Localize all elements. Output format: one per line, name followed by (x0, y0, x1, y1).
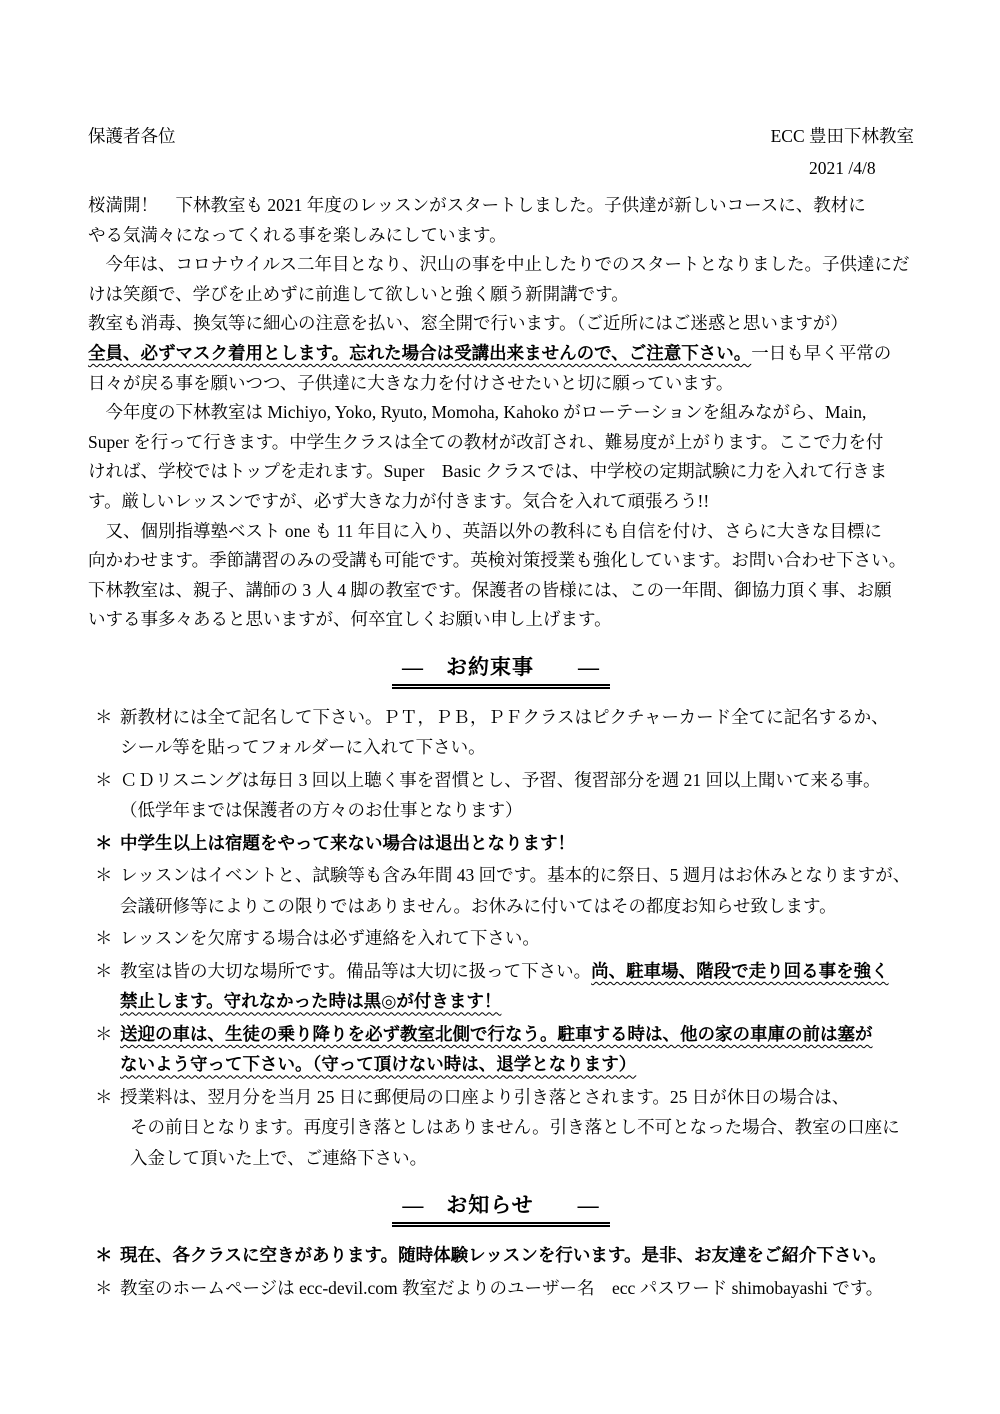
bullet-marker (88, 986, 120, 1017)
sender-name: ECC 豊田下林教室 (771, 122, 914, 151)
text-segment: 下林教室は、親子、講師の 3 人 4 脚の教室です。保護者の皆様には、この一年間… (88, 580, 892, 600)
item-text: レッスンを欠席する場合は必ず連絡を入れて下さい。 (120, 923, 914, 954)
text-line: 日々が戻る事を願いつつ、子供達に大きな力を付けさせたいと切に願っています。 (88, 369, 914, 399)
text-segment: けは笑顔で、学びを止めずに前進して欲しいと強く願う新開講です。 (88, 284, 629, 304)
text-segment: 現在、各クラスに空きがあります。随時体験レッスンを行います。是非、お友達をご紹介… (120, 1245, 887, 1265)
document-sections: ― お約束事 ―＊新教材には全て記名して下さい。ＰＴ，ＰＢ，ＰＦクラスはピクチャ… (88, 651, 914, 1304)
list-item-line: ＊ＣＤリスニングは毎日 3 回以上聴く事を習慣とし、予習、復習部分を週 21 回… (88, 765, 914, 796)
list-item: ＊レッスンはイベントと、試験等も含み年間 43 回です。基本的に祭日、5 週月は… (88, 860, 914, 921)
item-text: 禁止します。守れなかった時は黒◎が付きます！ (120, 986, 914, 1017)
item-text: レッスンはイベントと、試験等も含み年間 43 回です。基本的に祭日、5 週月はお… (120, 860, 914, 891)
item-text: 現在、各クラスに空きがあります。随時体験レッスンを行います。是非、お友達をご紹介… (120, 1240, 914, 1271)
text-segment: 今年は、コロナウイルス二年目となり、沢山の事を中止したりでのスタートとなりました… (88, 254, 909, 274)
text-segment: 今年度の下林教室は Michiyo, Yoko, Ryuto, Momoha, … (88, 402, 866, 422)
list-item-line: ＊現在、各クラスに空きがあります。随時体験レッスンを行います。是非、お友達をご紹… (88, 1240, 914, 1271)
list-item: ＊現在、各クラスに空きがあります。随時体験レッスンを行います。是非、お友達をご紹… (88, 1240, 914, 1271)
bullet-marker: ＊ (88, 1273, 120, 1304)
section-heading: ― お知らせ ― (88, 1189, 914, 1227)
text-segment: 中学生以上は宿題をやって来ない場合は退出となります！ (120, 833, 575, 853)
text-segment: 日々が戻る事を願いつつ、子供達に大きな力を付けさせたいと切に願っています。 (88, 373, 733, 393)
text-segment: 教室は皆の大切な場所です。備品等は大切に扱って下さい。 (120, 961, 591, 981)
bullet-marker (88, 1143, 130, 1174)
bullet-marker: ＊ (88, 702, 120, 733)
list-item-line: 会議研修等によりこの限りではありません。お休みに付いてはその都度お知らせ致します… (88, 891, 914, 922)
text-line: 又、個別指導塾ベスト one も 11 年目に入り、英語以外の教科にも自信を付け… (88, 517, 914, 547)
paragraph: 桜満開！ 下林教室も 2021 年度のレッスンがスタートしました。子供達が新しい… (88, 191, 914, 250)
text-segment: 送迎の車は、生徒の乗り降りを必ず教室北側で行なう。駐車する時は、他の家の車庫の前… (120, 1024, 873, 1044)
text-segment: Super を行って行きます。中学生クラスは全ての教材が改訂され、難易度が上がり… (88, 432, 883, 452)
bullet-marker: ＊ (88, 860, 120, 891)
text-line: ければ、学校ではトップを走れます。Super Basic クラスでは、中学校の定… (88, 457, 914, 487)
text-segment: シール等を貼ってフォルダーに入れて下さい。 (120, 737, 486, 757)
text-line: 下林教室は、親子、講師の 3 人 4 脚の教室です。保護者の皆様には、この一年間… (88, 576, 914, 606)
item-text: 会議研修等によりこの限りではありません。お休みに付いてはその都度お知らせ致します… (120, 891, 914, 922)
recipient-text: 保護者各位 (88, 122, 176, 151)
section-heading-text: ― お約束事 ― (392, 651, 610, 689)
text-line: 今年度の下林教室は Michiyo, Yoko, Ryuto, Momoha, … (88, 398, 914, 428)
text-line: す。厳しいレッスンですが、必ず大きな力が付きます。気合を入れて頑張ろう!! (88, 487, 914, 517)
text-segment: ければ、学校ではトップを走れます。Super Basic クラスでは、中学校の定… (88, 461, 887, 481)
text-segment: 入金して頂いた上で、ご連絡下さい。 (130, 1148, 427, 1168)
item-text: 中学生以上は宿題をやって来ない場合は退出となります！ (120, 828, 914, 859)
text-segment: レッスンを欠席する場合は必ず連絡を入れて下さい。 (120, 928, 540, 948)
text-segment: ＣＤリスニングは毎日 3 回以上聴く事を習慣とし、予習、復習部分を週 21 回以… (120, 770, 881, 790)
text-segment: 全員、必ずマスク着用とします。忘れた場合は受講出来ませんので、ご注意下さい。 (88, 343, 751, 363)
list-item-line: ＊新教材には全て記名して下さい。ＰＴ，ＰＢ，ＰＦクラスはピクチャーカード全てに記… (88, 702, 914, 733)
list-item-line: 入金して頂いた上で、ご連絡下さい。 (88, 1143, 914, 1174)
item-text: 授業料は、翌月分を当月 25 日に郵便局の口座より引き落とされます。25 日が休… (120, 1082, 914, 1113)
bullet-marker: ＊ (88, 828, 120, 859)
text-line: Super を行って行きます。中学生クラスは全ての教材が改訂され、難易度が上がり… (88, 428, 914, 458)
list-item-line: ないよう守って下さい。（守って頂けない時は、退学となります） (88, 1049, 914, 1080)
item-text: ＣＤリスニングは毎日 3 回以上聴く事を習慣とし、予習、復習部分を週 21 回以… (120, 765, 914, 796)
bullet-marker (88, 795, 120, 826)
list-item-line: ＊レッスンはイベントと、試験等も含み年間 43 回です。基本的に祭日、5 週月は… (88, 860, 914, 891)
document-header: 保護者各位 ECC 豊田下林教室 2021 /4/8 (88, 122, 914, 183)
list-item-line: ＊教室は皆の大切な場所です。備品等は大切に扱って下さい。尚、駐車場、階段で走り回… (88, 956, 914, 987)
paragraph: 今年は、コロナウイルス二年目となり、沢山の事を中止したりでのスタートとなりました… (88, 250, 914, 398)
item-text: 新教材には全て記名して下さい。ＰＴ，ＰＢ，ＰＦクラスはピクチャーカード全てに記名… (120, 702, 914, 733)
text-segment: 教室も消毒、換気等に細心の注意を払い、窓全開で行います。（ご近所にはご迷惑と思い… (88, 313, 848, 333)
text-segment: 教室のホームページは ecc-devil.com 教室だよりのユーザー名 ecc… (120, 1278, 883, 1298)
paragraph: 又、個別指導塾ベスト one も 11 年目に入り、英語以外の教科にも自信を付け… (88, 517, 914, 635)
list-item-line: ＊教室のホームページは ecc-devil.com 教室だよりのユーザー名 ec… (88, 1273, 914, 1304)
text-line: 教室も消毒、換気等に細心の注意を払い、窓全開で行います。（ご近所にはご迷惑と思い… (88, 309, 914, 339)
section-heading-text: ― お知らせ ― (392, 1189, 609, 1227)
item-text: シール等を貼ってフォルダーに入れて下さい。 (120, 732, 914, 763)
text-segment: レッスンはイベントと、試験等も含み年間 43 回です。基本的に祭日、5 週月はお… (120, 865, 910, 885)
text-line: 向かわせます。季節講習のみの受講も可能です。英検対策授業も強化しています。お問い… (88, 546, 914, 576)
list-item: ＊送迎の車は、生徒の乗り降りを必ず教室北側で行なう。駐車する時は、他の家の車庫の… (88, 1019, 914, 1080)
list-item-line: ＊授業料は、翌月分を当月 25 日に郵便局の口座より引き落とされます。25 日が… (88, 1082, 914, 1113)
section-heading: ― お約束事 ― (88, 651, 914, 689)
list-item: ＊教室は皆の大切な場所です。備品等は大切に扱って下さい。尚、駐車場、階段で走り回… (88, 956, 914, 1017)
bullet-marker (88, 891, 120, 922)
bullet-marker: ＊ (88, 1019, 120, 1050)
list-item: ＊授業料は、翌月分を当月 25 日に郵便局の口座より引き落とされます。25 日が… (88, 1082, 914, 1174)
list-item: ＊教室のホームページは ecc-devil.com 教室だよりのユーザー名 ec… (88, 1273, 914, 1304)
text-segment: 授業料は、翌月分を当月 25 日に郵便局の口座より引き落とされます。25 日が休… (120, 1087, 849, 1107)
text-line: 全員、必ずマスク着用とします。忘れた場合は受講出来ませんので、ご注意下さい。一日… (88, 339, 914, 369)
list-item: ＊中学生以上は宿題をやって来ない場合は退出となります！ (88, 828, 914, 859)
bullet-marker: ＊ (88, 923, 120, 954)
text-segment: 会議研修等によりこの限りではありません。お休みに付いてはその都度お知らせ致します… (120, 896, 837, 916)
item-text: （低学年までは保護者の方々のお仕事となります） (120, 795, 914, 826)
text-segment: いする事多々あると思いますが、何卒宜しくお願い申し上げます。 (88, 609, 612, 629)
item-text: 送迎の車は、生徒の乗り降りを必ず教室北側で行なう。駐車する時は、他の家の車庫の前… (120, 1019, 914, 1050)
text-segment: （低学年までは保護者の方々のお仕事となります） (120, 800, 523, 820)
list-item-line: （低学年までは保護者の方々のお仕事となります） (88, 795, 914, 826)
item-text: その前日となります。再度引き落としはありません。引き落とし不可となった場合、教室… (130, 1112, 914, 1143)
text-segment: 新教材には全て記名して下さい。ＰＴ，ＰＢ，ＰＦクラスはピクチャーカード全てに記名… (120, 707, 889, 727)
item-text: ないよう守って下さい。（守って頂けない時は、退学となります） (120, 1049, 914, 1080)
bullet-marker (88, 1049, 120, 1080)
text-line: 今年は、コロナウイルス二年目となり、沢山の事を中止したりでのスタートとなりました… (88, 250, 914, 280)
bullet-marker: ＊ (88, 1082, 120, 1113)
list-item: ＊ＣＤリスニングは毎日 3 回以上聴く事を習慣とし、予習、復習部分を週 21 回… (88, 765, 914, 826)
list-item: ＊レッスンを欠席する場合は必ず連絡を入れて下さい。 (88, 923, 914, 954)
bullet-marker: ＊ (88, 956, 120, 987)
bullet-marker: ＊ (88, 765, 120, 796)
text-segment: やる気満々になってくれる事を楽しみにしています。 (88, 225, 507, 245)
text-segment: 禁止します。守れなかった時は黒◎が付きます！ (120, 991, 501, 1011)
list-item-line: 禁止します。守れなかった時は黒◎が付きます！ (88, 986, 914, 1017)
bullet-marker (88, 732, 120, 763)
text-segment: す。厳しいレッスンですが、必ず大きな力が付きます。気合を入れて頑張ろう!! (88, 491, 709, 511)
document-page: 保護者各位 ECC 豊田下林教室 2021 /4/8 桜満開！ 下林教室も 20… (0, 0, 1000, 1414)
bullet-marker (88, 1112, 130, 1143)
item-text: 入金して頂いた上で、ご連絡下さい。 (130, 1143, 914, 1174)
sender-block: ECC 豊田下林教室 2021 /4/8 (771, 122, 914, 183)
text-line: けは笑顔で、学びを止めずに前進して欲しいと強く願う新開講です。 (88, 280, 914, 310)
text-segment: 尚、駐車場、階段で走り回る事を強く (591, 961, 889, 981)
list-item-line: ＊中学生以上は宿題をやって来ない場合は退出となります！ (88, 828, 914, 859)
item-text: 教室のホームページは ecc-devil.com 教室だよりのユーザー名 ecc… (120, 1273, 914, 1304)
list-item-line: ＊レッスンを欠席する場合は必ず連絡を入れて下さい。 (88, 923, 914, 954)
body-paragraphs: 桜満開！ 下林教室も 2021 年度のレッスンがスタートしました。子供達が新しい… (88, 191, 914, 635)
list-item-line: ＊送迎の車は、生徒の乗り降りを必ず教室北側で行なう。駐車する時は、他の家の車庫の… (88, 1019, 914, 1050)
document-date: 2021 /4/8 (771, 154, 914, 183)
text-segment: その前日となります。再度引き落としはありません。引き落とし不可となった場合、教室… (130, 1117, 900, 1137)
text-segment: 又、個別指導塾ベスト one も 11 年目に入り、英語以外の教科にも自信を付け… (88, 521, 882, 541)
text-segment: 桜満開！ 下林教室も 2021 年度のレッスンがスタートしました。子供達が新しい… (88, 195, 866, 215)
bullet-marker: ＊ (88, 1240, 120, 1271)
text-line: 桜満開！ 下林教室も 2021 年度のレッスンがスタートしました。子供達が新しい… (88, 191, 914, 221)
paragraph: 今年度の下林教室は Michiyo, Yoko, Ryuto, Momoha, … (88, 398, 914, 516)
text-line: いする事多々あると思いますが、何卒宜しくお願い申し上げます。 (88, 605, 914, 635)
text-line: やる気満々になってくれる事を楽しみにしています。 (88, 221, 914, 251)
item-text: 教室は皆の大切な場所です。備品等は大切に扱って下さい。尚、駐車場、階段で走り回る… (120, 956, 914, 987)
text-segment: 向かわせます。季節講習のみの受講も可能です。英検対策授業も強化しています。お問い… (88, 550, 906, 570)
text-segment: ないよう守って下さい。（守って頂けない時は、退学となります） (120, 1054, 636, 1074)
text-segment: 一日も早く平常の (751, 343, 891, 363)
list-item: ＊新教材には全て記名して下さい。ＰＴ，ＰＢ，ＰＦクラスはピクチャーカード全てに記… (88, 702, 914, 763)
list-item-line: その前日となります。再度引き落としはありません。引き落とし不可となった場合、教室… (88, 1112, 914, 1143)
list-item-line: シール等を貼ってフォルダーに入れて下さい。 (88, 732, 914, 763)
section: ― お約束事 ―＊新教材には全て記名して下さい。ＰＴ，ＰＢ，ＰＦクラスはピクチャ… (88, 651, 914, 1174)
section: ― お知らせ ―＊現在、各クラスに空きがあります。随時体験レッスンを行います。是… (88, 1189, 914, 1303)
